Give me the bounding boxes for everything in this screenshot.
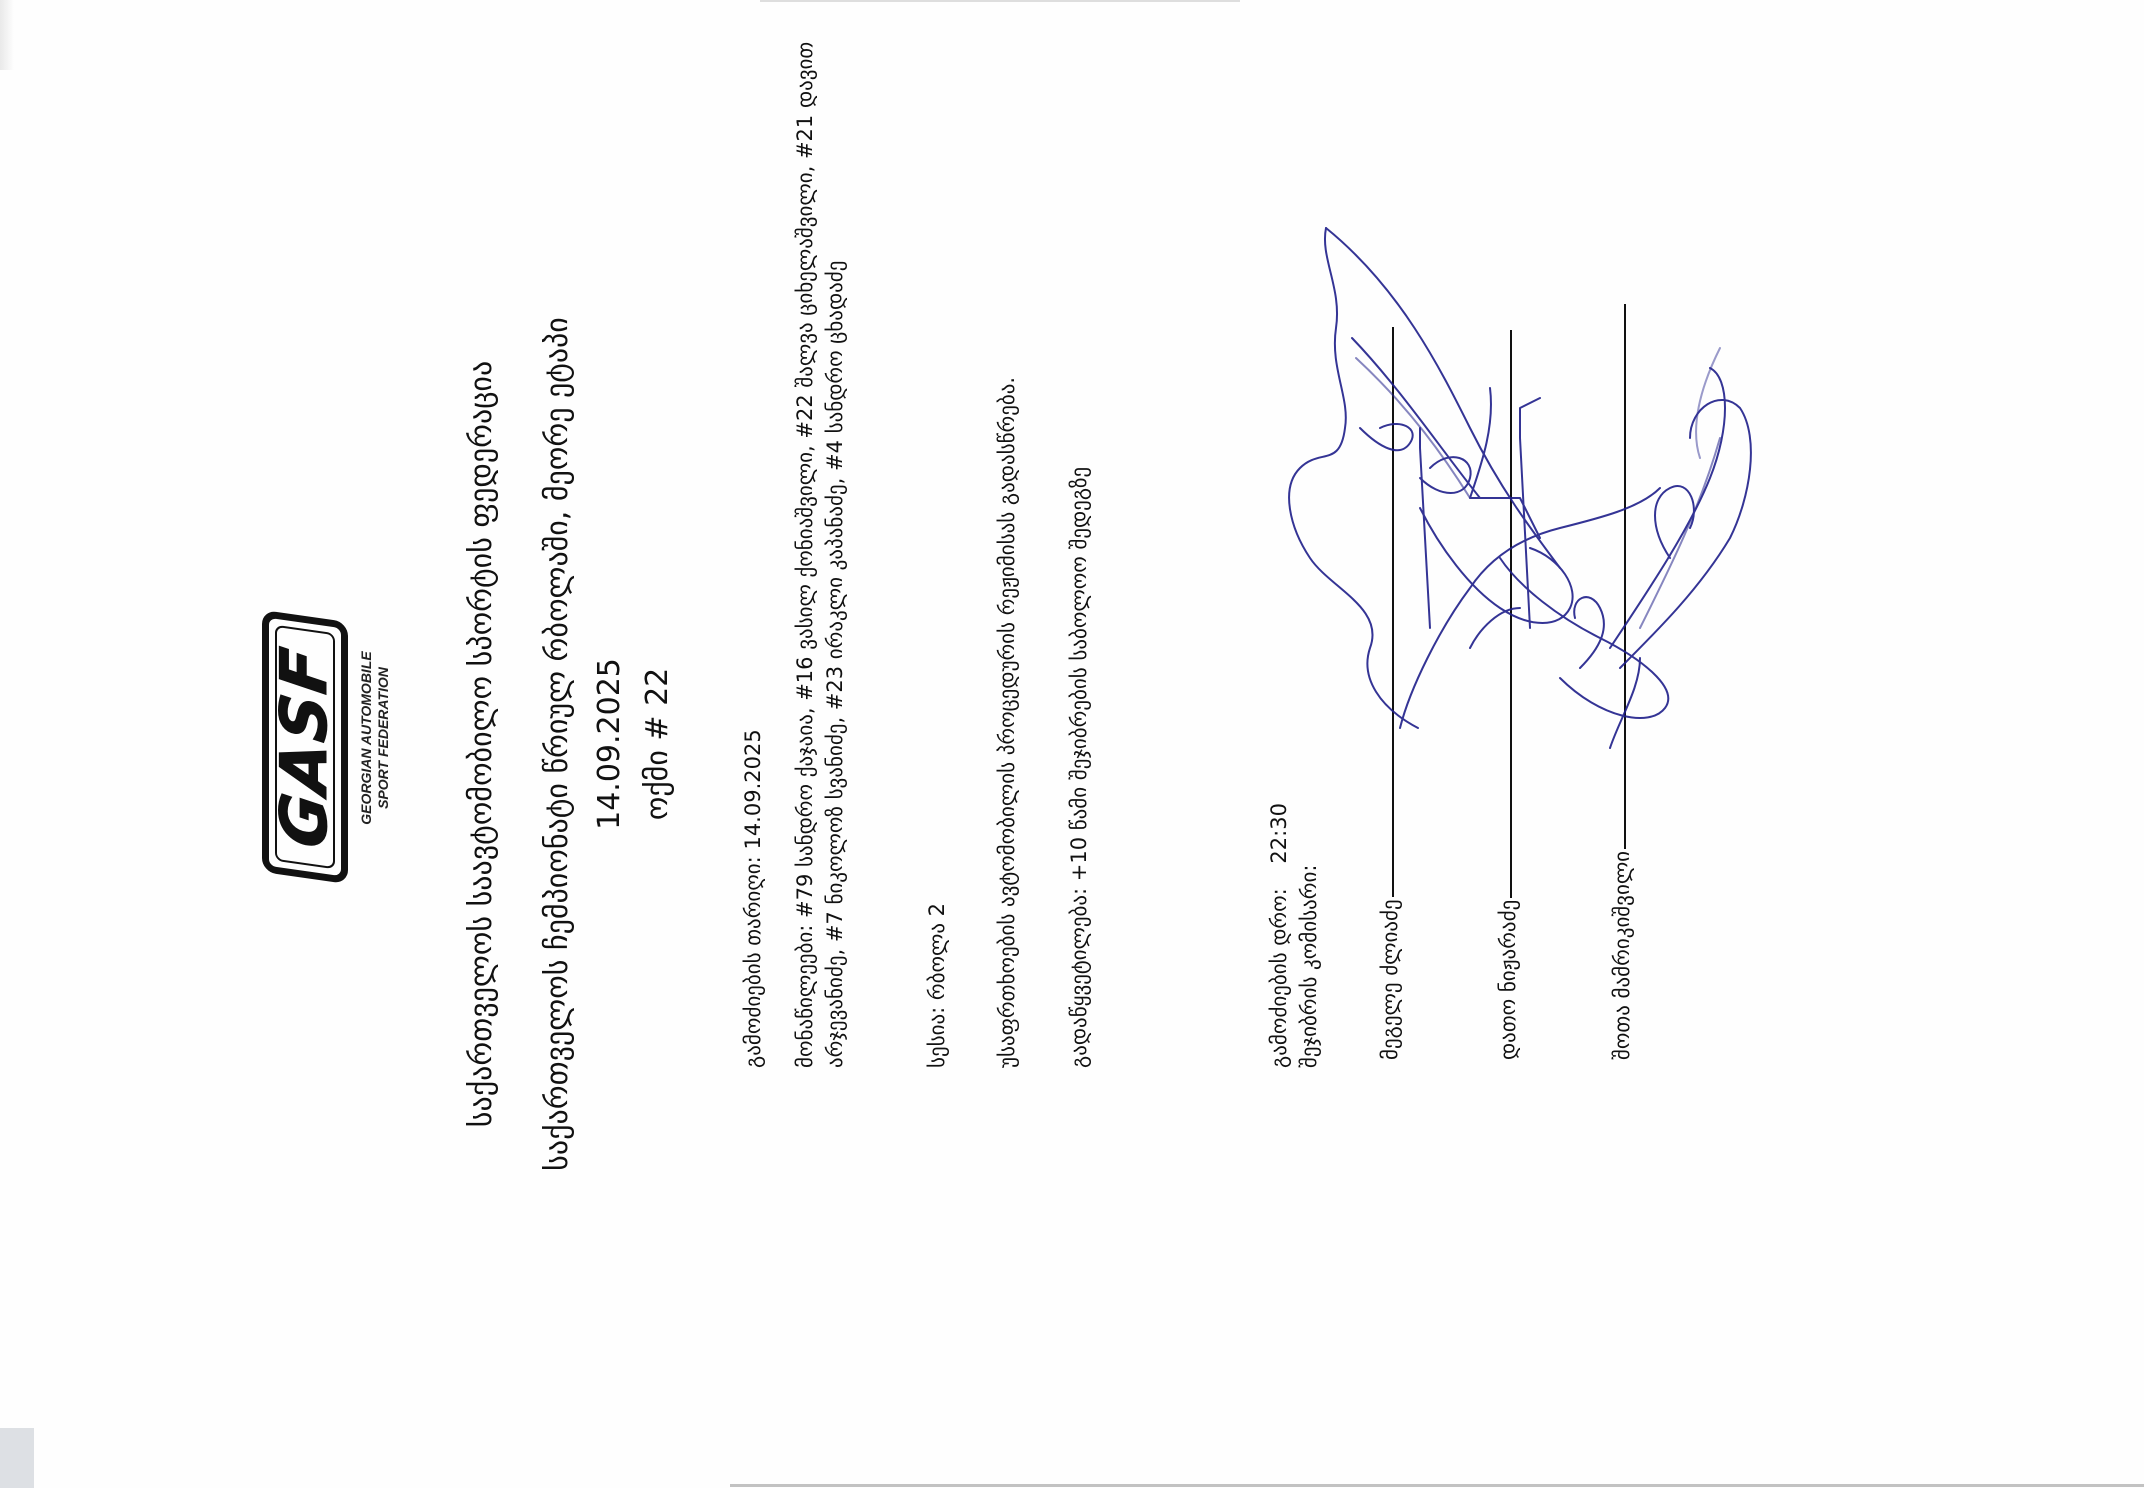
conclusion: უსაფრთხოების ავტომობილის პროცედურის რეჟი… bbox=[992, 377, 1022, 1068]
hearing-date-label: გამოძიების თარიღი: bbox=[741, 856, 765, 1068]
federation-logo: GASF GEORGIAN AUTOMOBILE SPORT FEDERATIO… bbox=[262, 616, 348, 878]
session: სესია: რბოლა 2 bbox=[922, 903, 952, 1068]
organization-title: საქართველოს საავტომობილო სპორტის ფედერაც… bbox=[464, 0, 499, 1488]
hearing-date: გამოძიების თარიღი: 14.09.2025 bbox=[738, 729, 768, 1068]
rotated-page: GASF GEORGIAN AUTOMOBILE SPORT FEDERATIO… bbox=[0, 0, 2144, 1488]
signatory-name: მეგელე ძლიაძე bbox=[1378, 899, 1402, 1060]
hearing-date-value: 14.09.2025 bbox=[741, 729, 765, 849]
event-title: საქართველოს ჩემპიონატი წრიულ რბოლაში, მე… bbox=[540, 0, 575, 1488]
order-number: ოქმი # 22 bbox=[640, 0, 675, 1488]
event-date: 14.09.2025 bbox=[592, 0, 627, 1488]
signature-rule bbox=[1392, 327, 1394, 897]
logo-caption-line1: GEORGIAN AUTOMOBILE bbox=[358, 638, 375, 838]
verdict: გადაწყვეტილება: +10 წამი შეჯიბრების საბო… bbox=[1064, 467, 1094, 1068]
scanned-document: GASF GEORGIAN AUTOMOBILE SPORT FEDERATIO… bbox=[0, 0, 2144, 1488]
logo-mark: GASF bbox=[273, 643, 337, 852]
participants-line-1: მონაწილეები: #79 სანდრო ქაჯაია, #16 ვასი… bbox=[790, 42, 820, 1068]
decision-time-value: 22:30 bbox=[1267, 803, 1291, 864]
signature-line-3: შოთა მამრიკიშვილი bbox=[1610, 304, 1634, 1060]
participants-line-2: არჯევანიძე, #7 ნიკოლოზ სვანიძე, #23 ირაკ… bbox=[820, 261, 850, 1068]
signature-line-2: დათო ნიჟარაძე bbox=[1496, 330, 1520, 1060]
decision-time-label: გამოძიების დრო: bbox=[1267, 888, 1291, 1068]
logo-badge: GASF bbox=[262, 610, 348, 884]
signatory-name: დათო ნიჟარაძე bbox=[1496, 900, 1520, 1060]
signature-line-1: მეგელე ძლიაძე bbox=[1378, 327, 1402, 1060]
decision-time: გამოძიების დრო: 22:30 bbox=[1264, 803, 1294, 1068]
signatory-name: შოთა მამრიკიშვილი bbox=[1610, 851, 1634, 1060]
commission-label: შეჯიბრის კომისარი: bbox=[1294, 865, 1324, 1068]
logo-caption-line2: SPORT FEDERATION bbox=[375, 638, 392, 838]
logo-caption: GEORGIAN AUTOMOBILE SPORT FEDERATION bbox=[358, 638, 392, 838]
signature-rule bbox=[1510, 330, 1512, 898]
signature-rule bbox=[1624, 304, 1626, 849]
